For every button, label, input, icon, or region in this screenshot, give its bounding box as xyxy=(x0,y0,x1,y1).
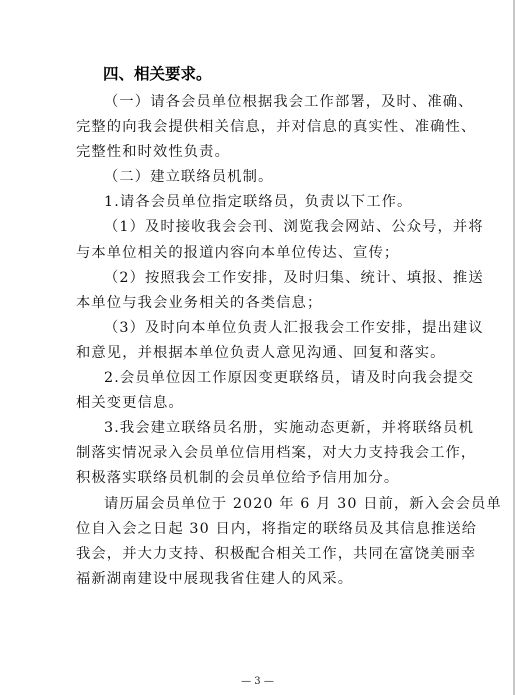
paragraph-requirement-2: （二）建立联络员机制。 xyxy=(76,165,438,190)
text-line: 和意见，并根据本单位负责人意见沟通、回复和落实。 xyxy=(76,341,438,366)
section-heading: 四、相关要求。 xyxy=(103,62,438,87)
text-line: 1.请各会员单位指定联络员，负责以下工作。 xyxy=(76,190,438,215)
text-line: 与本单位相关的报道内容向本单位传达、宣传； xyxy=(76,241,438,266)
text-line: 完整的向我会提供相关信息，并对信息的真实性、准确性、 xyxy=(76,115,438,140)
page-number: — 3 — xyxy=(0,676,515,687)
text-line: 2.会员单位因工作原因变更联络员，请及时向我会提交 xyxy=(76,366,438,391)
text-line: （2）按照我会工作安排，及时归集、统计、填报、推送 xyxy=(76,266,438,291)
paragraph-item-3: 3.我会建立联络员名册，实施动态更新，并将联络员机 制落实情况录入会员单位信用档… xyxy=(76,416,438,491)
text-line: 本单位与我会业务相关的各类信息； xyxy=(76,291,438,316)
text-line: 我会，并大力支持、积极配合相关工作，共同在富饶美丽幸 xyxy=(76,542,438,567)
text-line: 3.我会建立联络员名册，实施动态更新，并将联络员机 xyxy=(76,416,438,441)
paragraph-item-1: 1.请各会员单位指定联络员，负责以下工作。 xyxy=(76,190,438,215)
text-line: 位自入会之日起 30 日内，将指定的联络员及其信息推送给 xyxy=(76,517,438,542)
paragraph-subitem-3: （3）及时向本单位负责人汇报我会工作安排，提出建议 和意见，并根据本单位负责人意… xyxy=(76,316,438,366)
paragraph-subitem-2: （2）按照我会工作安排，及时归集、统计、填报、推送 本单位与我会业务相关的各类信… xyxy=(76,266,438,316)
text-line: （二）建立联络员机制。 xyxy=(76,165,438,190)
paragraph-requirement-1: （一）请各会员单位根据我会工作部署，及时、准确、 完整的向我会提供相关信息，并对… xyxy=(76,90,438,165)
text-line: 福新湖南建设中展现我省住建人的风采。 xyxy=(76,567,438,592)
text-line: （3）及时向本单位负责人汇报我会工作安排，提出建议 xyxy=(76,316,438,341)
text-line: 请历届会员单位于 2020 年 6 月 30 日前，新入会会员单 xyxy=(76,492,438,517)
text-line: 积极落实联络员机制的会员单位给予信用加分。 xyxy=(76,466,438,491)
text-line: 完整性和时效性负责。 xyxy=(76,140,438,165)
paragraph-closing: 请历届会员单位于 2020 年 6 月 30 日前，新入会会员单 位自入会之日起… xyxy=(76,492,438,592)
paragraph-subitem-1: （1）及时接收我会会刊、浏览我会网站、公众号，并将 与本单位相关的报道内容向本单… xyxy=(76,215,438,265)
paragraph-item-2: 2.会员单位因工作原因变更联络员，请及时向我会提交 相关变更信息。 xyxy=(76,366,438,416)
text-line: 相关变更信息。 xyxy=(76,391,438,416)
text-line: （一）请各会员单位根据我会工作部署，及时、准确、 xyxy=(76,90,438,115)
text-line: 制落实情况录入会员单位信用档案，对大力支持我会工作， xyxy=(76,441,438,466)
text-line: （1）及时接收我会会刊、浏览我会网站、公众号，并将 xyxy=(76,215,438,240)
document-body: 四、相关要求。 （一）请各会员单位根据我会工作部署，及时、准确、 完整的向我会提… xyxy=(76,62,438,592)
